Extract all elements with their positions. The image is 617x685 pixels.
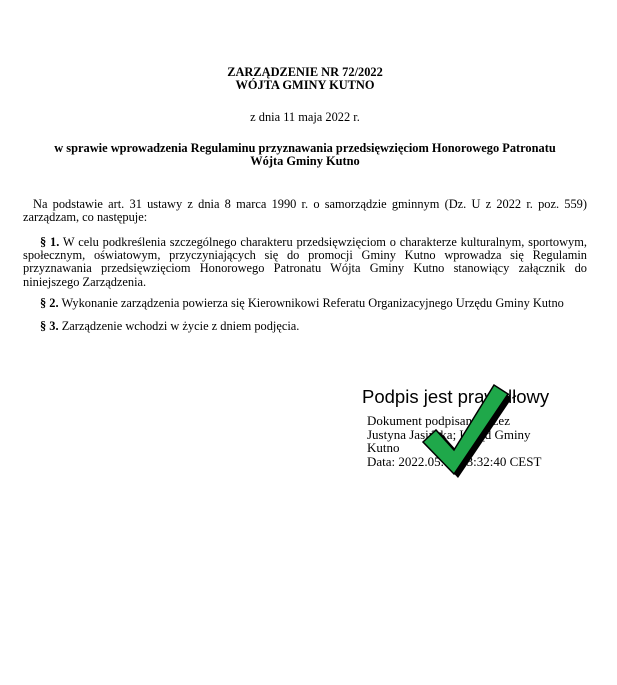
- legal-basis-line-2: zarządzam, co następuje:: [23, 210, 147, 224]
- title-line-2: WÓJTA GMINY KUTNO: [23, 79, 587, 92]
- paragraph-text: Wykonanie zarządzenia powierza się Kiero…: [59, 296, 564, 310]
- document-title: ZARZĄDZENIE NR 72/2022 WÓJTA GMINY KUTNO: [23, 66, 587, 92]
- legal-basis: Na podstawie art. 31 ustawy z dnia 8 mar…: [23, 198, 587, 224]
- paragraph-1: § 1. W celu podkreślenia szczególnego ch…: [23, 236, 587, 289]
- document-subject: w sprawie wprowadzenia Regulaminu przyzn…: [38, 142, 572, 169]
- paragraph-marker: § 1.: [40, 235, 59, 249]
- paragraph-text: W celu podkreślenia szczególnego charakt…: [23, 235, 587, 289]
- paragraph-text: Zarządzenie wchodzi w życie z dniem podj…: [59, 319, 300, 333]
- checkmark-icon: [418, 380, 510, 480]
- paragraph-2: § 2. Wykonanie zarządzenia powierza się …: [23, 297, 587, 310]
- paragraph-marker: § 2.: [40, 296, 59, 310]
- paragraph-3: § 3. Zarządzenie wchodzi w życie z dniem…: [23, 320, 587, 333]
- document-date: z dnia 11 maja 2022 r.: [23, 111, 587, 124]
- paragraph-marker: § 3.: [40, 319, 59, 333]
